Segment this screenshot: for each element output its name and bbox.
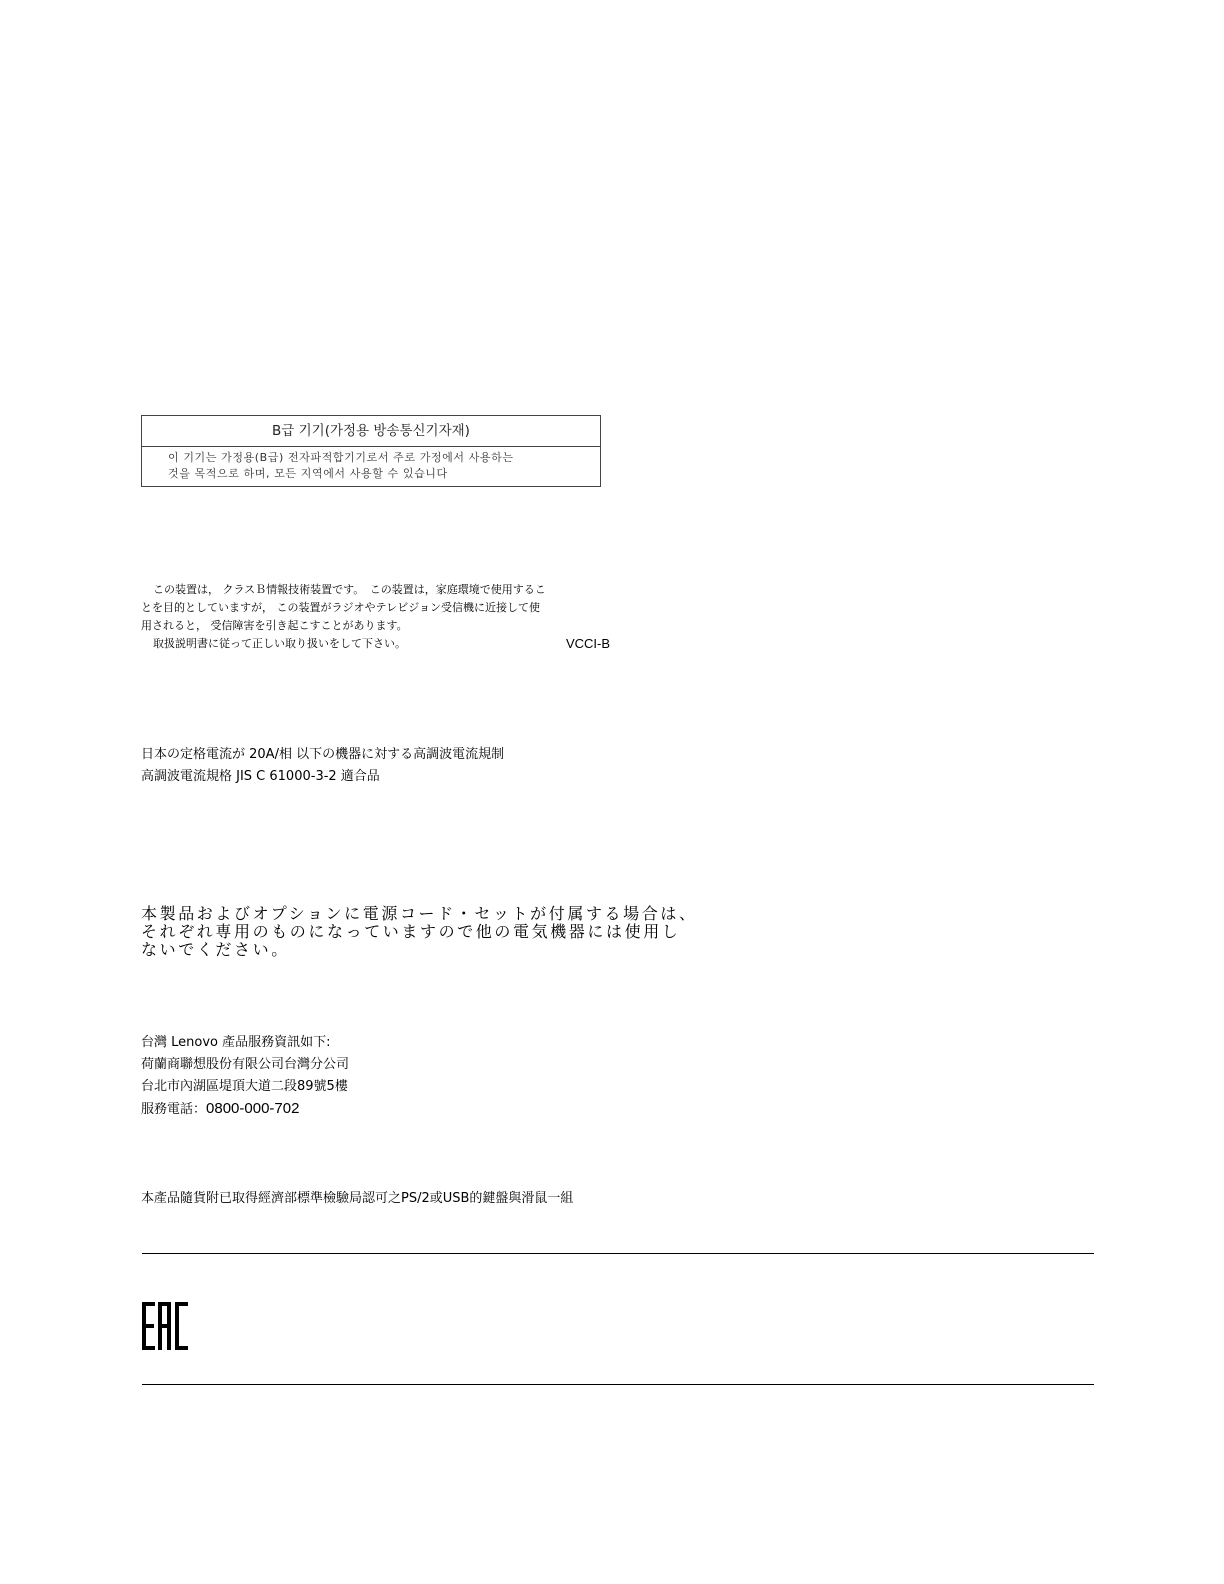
korean-notice-body: 이 기기는 가정용(B급) 전자파적합기기로서 주로 가정에서 사용하는 것을 … — [142, 447, 600, 482]
korean-notice-title: B급 기기(가정용 방송통신기자재) — [142, 416, 600, 447]
taiwan-service-line: 台灣 Lenovo 產品服務資訊如下: — [141, 1032, 349, 1054]
taiwan-service-line: 台北市內湖區堤頂大道二段89號5樓 — [141, 1076, 349, 1098]
divider-bottom — [142, 1384, 1094, 1385]
eac-certification-mark-icon — [142, 1302, 188, 1350]
taiwan-service-info: 台灣 Lenovo 產品服務資訊如下: 荷蘭商聯想股份有限公司台灣分公司 台北市… — [141, 1032, 349, 1121]
vcci-notice: この装置は， クラスＢ情報技術装置です。 この装置は，家庭環境で使用するこ とを… — [141, 581, 621, 653]
taiwan-service-line: 荷蘭商聯想股份有限公司台灣分公司 — [141, 1054, 349, 1076]
power-cord-line: それぞれ専用のものになっていますので他の電気機器には使用し — [141, 923, 698, 941]
korean-notice-line: 이 기기는 가정용(B급) 전자파적합기기로서 주로 가정에서 사용하는 — [168, 450, 600, 466]
vcci-line: この装置は， クラスＢ情報技術装置です。 この装置は，家庭環境で使用するこ — [141, 581, 621, 599]
vcci-line: とを目的としていますが， この装置がラジオやテレビジョン受信機に近接して使 — [141, 599, 621, 617]
vcci-line: 取扱説明書に従って正しい取り扱いをして下さい。 — [141, 635, 621, 653]
vcci-class-mark: VCCI-B — [566, 635, 610, 653]
power-cord-line: ないでください。 — [141, 941, 698, 959]
power-cord-notice: 本製品およびオプションに電源コード・セットが付属する場合は、 それぞれ専用のもの… — [141, 905, 698, 959]
phone-number: 0800-000-702 — [206, 1100, 299, 1117]
phone-label: 服務電話： — [141, 1102, 206, 1117]
keyboard-mouse-notice: 本產品隨貨附已取得經濟部標準檢驗局認可之PS/2或USB的鍵盤與滑鼠一組 — [141, 1189, 573, 1209]
korean-class-b-notice: B급 기기(가정용 방송통신기자재) 이 기기는 가정용(B급) 전자파적합기기… — [141, 415, 601, 487]
harmonics-line: 高調波電流規格 JIS C 61000-3-2 適合品 — [141, 766, 504, 788]
korean-notice-line: 것을 목적으로 하며, 모든 지역에서 사용할 수 있습니다 — [168, 466, 600, 482]
harmonics-line: 日本の定格電流が 20A/相 以下の機器に対する高調波電流規制 — [141, 744, 504, 766]
power-cord-line: 本製品およびオプションに電源コード・セットが付属する場合は、 — [141, 905, 698, 923]
vcci-line: 用されると， 受信障害を引き起こすことがあります。 — [141, 617, 621, 635]
taiwan-service-phone: 服務電話：0800-000-702 — [141, 1098, 349, 1121]
divider-top — [142, 1253, 1094, 1254]
harmonics-notice: 日本の定格電流が 20A/相 以下の機器に対する高調波電流規制 高調波電流規格 … — [141, 744, 504, 788]
